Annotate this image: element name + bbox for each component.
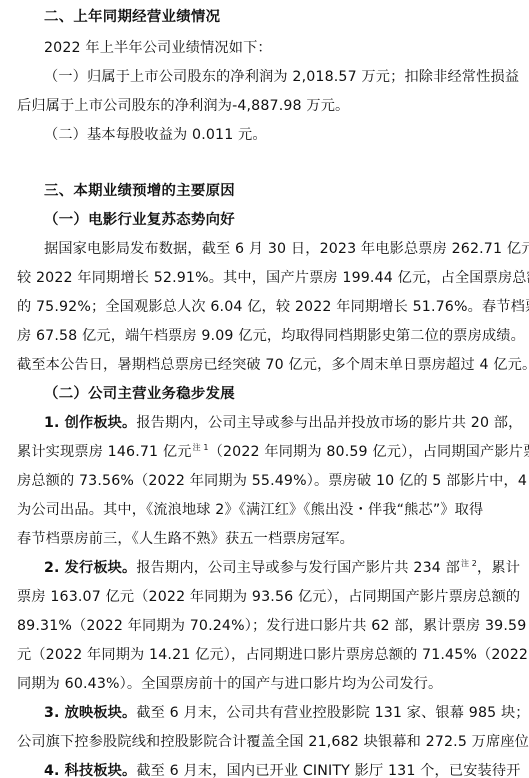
p2-label: 2. 发行板块。 bbox=[44, 560, 136, 576]
document-page: 二、上年同期经营业绩情况 2022 年上半年公司业绩情况如下： （一）归属于上市… bbox=[0, 0, 529, 778]
p3-label: 3. 放映板块。 bbox=[44, 705, 136, 721]
section3-heading: 三、本期业绩预增的主要原因 bbox=[44, 181, 235, 201]
p2-line3: 89.31%（2022 年同期为 70.24%）；发行进口影片共 62 部，累计… bbox=[17, 616, 529, 636]
p2-line4: 元（2022 年同期为 14.21 亿元），占同期进口影片票房总额的 71.45… bbox=[17, 645, 529, 665]
section2-heading: 二、上年同期经营业绩情况 bbox=[44, 7, 220, 27]
section2-item2: （二）基本每股收益为 0.011 元。 bbox=[44, 125, 267, 145]
footnote-marker-2: 注 2 bbox=[461, 559, 477, 568]
p1-label: 1. 创作板块。 bbox=[44, 415, 136, 431]
p1-line3: 房总额的 73.56%（2022 年同期为 55.49%）。票房破 10 亿的 … bbox=[17, 471, 529, 491]
sub1-line-2: 较 2022 年同期增长 52.91%。其中，国产片票房 199.44 亿元，占… bbox=[17, 268, 529, 288]
p1-line4: 为公司出品。其中，《流浪地球 2》《满江红》《熊出没・伴我“熊芯”》取得 bbox=[17, 500, 483, 520]
p3-line1: 3. 放映板块。截至 6 月末，公司共有营业控股影院 131 家、银幕 985 … bbox=[44, 703, 529, 723]
p1-line1: 1. 创作板块。报告期内，公司主导或参与出品并投放市场的影片共 20 部， bbox=[44, 413, 522, 433]
sub1-line-4: 房 67.58 亿元，端午档票房 9.09 亿元，均取得同档期影史第二位的票房成… bbox=[17, 326, 525, 346]
section2-item1-line2: 后归属于上市公司股东的净利润为-4,887.98 万元。 bbox=[17, 96, 349, 116]
section2-intro: 2022 年上半年公司业绩情况如下： bbox=[44, 38, 272, 58]
p2-line5: 同期为 60.43%）。全国票房前十的国产与进口影片均为公司发行。 bbox=[17, 674, 442, 694]
p1-line5: 春节档票房前三，《人生路不熟》获五一档票房冠军。 bbox=[17, 529, 354, 549]
section2-item1-line1: （一）归属于上市公司股东的净利润为 2,018.57 万元；扣除非经常性损益 bbox=[44, 67, 519, 87]
p2-line2: 票房 163.07 亿元（2022 年同期为 93.56 亿元），占同期国产影片… bbox=[17, 587, 520, 607]
p3-line2: 公司旗下控参股院线和控股影院合计覆盖全国 21,682 块银幕和 272.5 万… bbox=[17, 732, 529, 752]
sub1-line-5: 截至本公告日，暑期档总票房已经突破 70 亿元，多个周末单日票房超过 4 亿元。 bbox=[17, 355, 529, 375]
sub1-line-3: 的 75.92%；全国观影总人次 6.04 亿，较 2022 年同期增长 51.… bbox=[17, 297, 529, 317]
sub1-line-1: 据国家电影局发布数据，截至 6 月 30 日，2023 年电影总票房 262.7… bbox=[44, 239, 529, 259]
footnote-marker-1: 注 1 bbox=[193, 443, 209, 452]
p1-line2: 累计实现票房 146.71 亿元注 1（2022 年同期为 80.59 亿元），… bbox=[17, 442, 529, 462]
sub2-heading: （二）公司主营业务稳步发展 bbox=[44, 384, 235, 404]
p2-line1: 2. 发行板块。报告期内，公司主导或参与发行国产影片共 234 部注 2，累计 bbox=[44, 558, 520, 578]
p4-line1: 4. 科技板块。截至 6 月末，国内已开业 CINITY 影厅 131 个，已安… bbox=[44, 761, 521, 778]
sub1-heading: （一）电影行业复苏态势向好 bbox=[44, 210, 235, 230]
p4-label: 4. 科技板块。 bbox=[44, 763, 136, 778]
